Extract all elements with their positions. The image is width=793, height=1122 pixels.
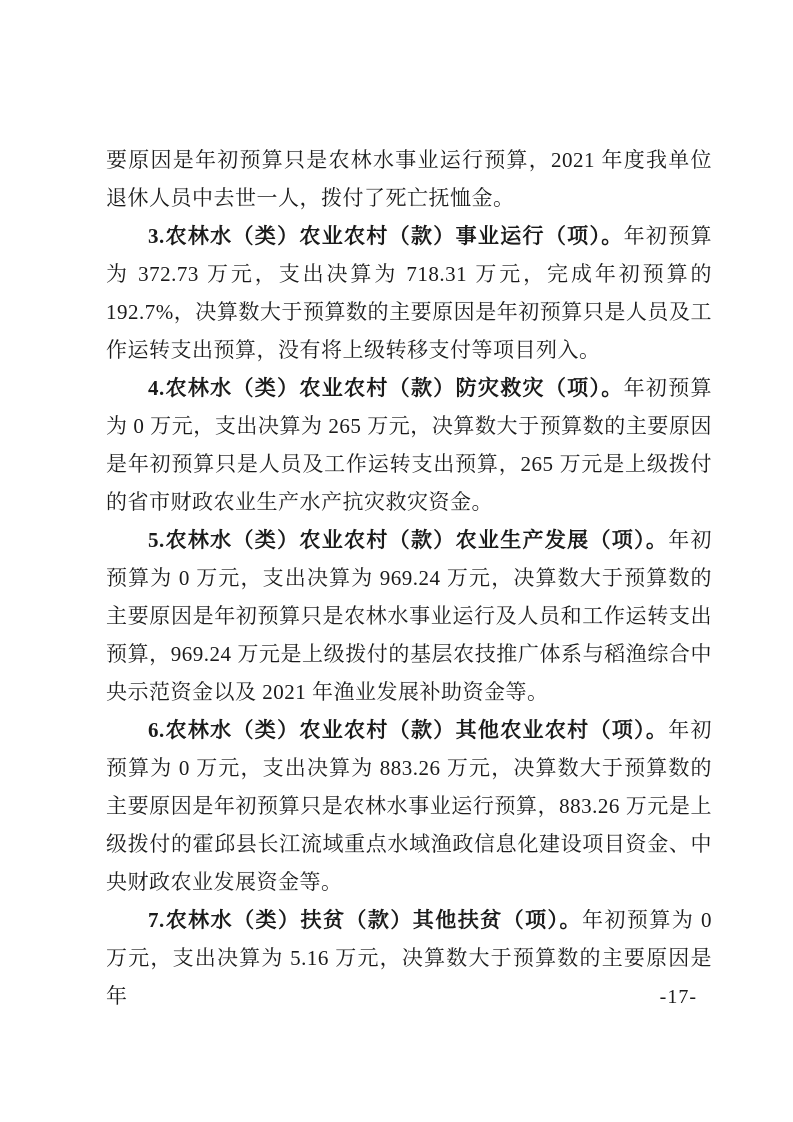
paragraph-item-6: 6.农林水（类）农业农村（款）其他农业农村（项）。年初预算为 0 万元，支出决算… (106, 711, 712, 901)
paragraph-heading: 5.农林水（类）农业农村（款）农业生产发展（项）。 (148, 528, 668, 552)
paragraph-heading: 7.农林水（类）扶贫（款）其他扶贫（项）。 (148, 908, 582, 932)
document-body: 要原因是年初预算只是农林水事业运行预算，2021 年度我单位退休人员中去世一人，… (106, 141, 712, 1015)
paragraph-item-3: 3.农林水（类）农业农村（款）事业运行（项）。年初预算为 372.73 万元，支… (106, 217, 712, 369)
paragraph-heading: 3.农林水（类）农业农村（款）事业运行（项）。 (148, 224, 624, 248)
paragraph-item-5: 5.农林水（类）农业农村（款）农业生产发展（项）。年初预算为 0 万元，支出决算… (106, 521, 712, 711)
paragraph-continuation: 要原因是年初预算只是农林水事业运行预算，2021 年度我单位退休人员中去世一人，… (106, 141, 712, 217)
paragraph-heading: 6.农林水（类）农业农村（款）其他农业农村（项）。 (148, 718, 668, 742)
paragraph-item-4: 4.农林水（类）农业农村（款）防灾救灾（项）。年初预算为 0 万元，支出决算为 … (106, 369, 712, 521)
paragraph-heading: 4.农林水（类）农业农村（款）防灾救灾（项）。 (148, 376, 624, 400)
paragraph-text: 年初预算为 0 万元，支出决算为 883.26 万元，决算数大于预算数的主要原因… (106, 718, 712, 894)
page-number: -17- (660, 985, 697, 1009)
paragraph-text: 年初预算为 0 万元，支出决算为 969.24 万元，决算数大于预算数的主要原因… (106, 528, 712, 704)
document-page: 要原因是年初预算只是农林水事业运行预算，2021 年度我单位退休人员中去世一人，… (0, 0, 793, 1122)
paragraph-item-7: 7.农林水（类）扶贫（款）其他扶贫（项）。年初预算为 0 万元，支出决算为 5.… (106, 901, 712, 1015)
paragraph-text: 要原因是年初预算只是农林水事业运行预算，2021 年度我单位退休人员中去世一人，… (106, 148, 712, 210)
